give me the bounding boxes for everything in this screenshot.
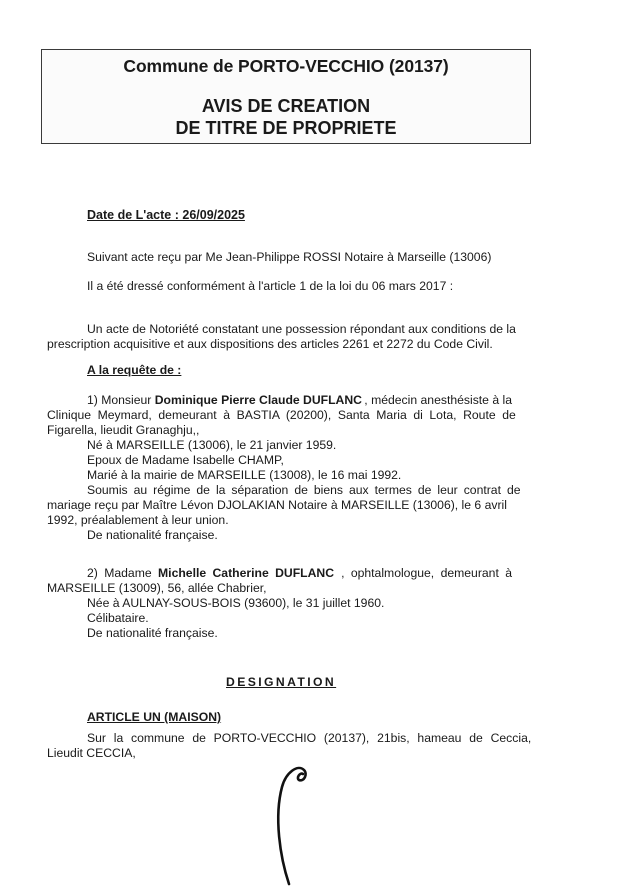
intro-dresse: Il a été dressé conformément à l'article… bbox=[87, 279, 453, 294]
commune-title: Commune de PORTO-VECCHIO (20137) bbox=[42, 56, 530, 77]
party1-regime-line1: Soumis au régime de la séparation de bie… bbox=[87, 483, 521, 498]
notice-title-line1: AVIS DE CREATION bbox=[42, 96, 530, 117]
party2-suffix: , ophtalmologue, demeurant à bbox=[341, 566, 512, 581]
article-line2: Lieudit CECCIA, bbox=[47, 746, 136, 761]
party1-suffix: , médecin anesthésiste à la bbox=[364, 393, 512, 408]
header-box: Commune de PORTO-VECCHIO (20137) AVIS DE… bbox=[41, 49, 531, 144]
article-heading: ARTICLE UN (MAISON) bbox=[87, 710, 221, 725]
date-acte: Date de L'acte : 26/09/2025 bbox=[87, 208, 245, 223]
party1-prefix: 1) Monsieur bbox=[87, 393, 155, 407]
party1-line3: Figarella, lieudit Granaghju,, bbox=[47, 423, 199, 438]
party2-nationality: De nationalité française. bbox=[87, 626, 218, 641]
article-line1: Sur la commune de PORTO-VECCHIO (20137),… bbox=[87, 731, 531, 746]
party2-line1: 2) Madame Michelle Catherine DUFLANC , o… bbox=[87, 566, 512, 581]
party1-line1: 1) Monsieur Dominique Pierre Claude DUFL… bbox=[87, 393, 512, 408]
party2-name: Michelle Catherine DUFLANC bbox=[158, 566, 334, 580]
party1-marriage: Marié à la mairie de MARSEILLE (13008), … bbox=[87, 468, 401, 483]
party1-nationality: De nationalité française. bbox=[87, 528, 218, 543]
party1-regime-line3: 1992, préalablement à leur union. bbox=[47, 513, 229, 528]
party1-regime-line2: mariage reçu par Maître Lévon DJOLAKIAN … bbox=[47, 498, 507, 513]
intro-notoriete-line1: Un acte de Notoriété constatant une poss… bbox=[87, 322, 516, 337]
intro-suivant: Suivant acte reçu par Me Jean-Philippe R… bbox=[87, 250, 491, 265]
notice-title-line2: DE TITRE DE PROPRIETE bbox=[42, 118, 530, 139]
party1-line2: Clinique Meymard, demeurant à BASTIA (20… bbox=[47, 408, 516, 423]
party2-prefix: 2) Madame bbox=[87, 566, 158, 580]
signature-mark bbox=[270, 762, 350, 887]
party1-spouse: Epoux de Madame Isabelle CHAMP, bbox=[87, 453, 284, 468]
party1-name: Dominique Pierre Claude DUFLANC bbox=[155, 393, 362, 407]
designation-heading: DESIGNATION bbox=[226, 675, 336, 690]
intro-notoriete-line2: prescription acquisitive et aux disposit… bbox=[47, 337, 493, 352]
party2-status: Célibataire. bbox=[87, 611, 149, 626]
requete-heading: A la requête de : bbox=[87, 363, 181, 378]
party2-line2: MARSEILLE (13009), 56, allée Chabrier, bbox=[47, 581, 267, 596]
party1-intro: 1) Monsieur Dominique Pierre Claude DUFL… bbox=[87, 393, 362, 408]
party2-birth: Née à AULNAY-SOUS-BOIS (93600), le 31 ju… bbox=[87, 596, 384, 611]
party1-birth: Né à MARSEILLE (13006), le 21 janvier 19… bbox=[87, 438, 336, 453]
party2-intro: 2) Madame Michelle Catherine DUFLANC bbox=[87, 566, 334, 581]
